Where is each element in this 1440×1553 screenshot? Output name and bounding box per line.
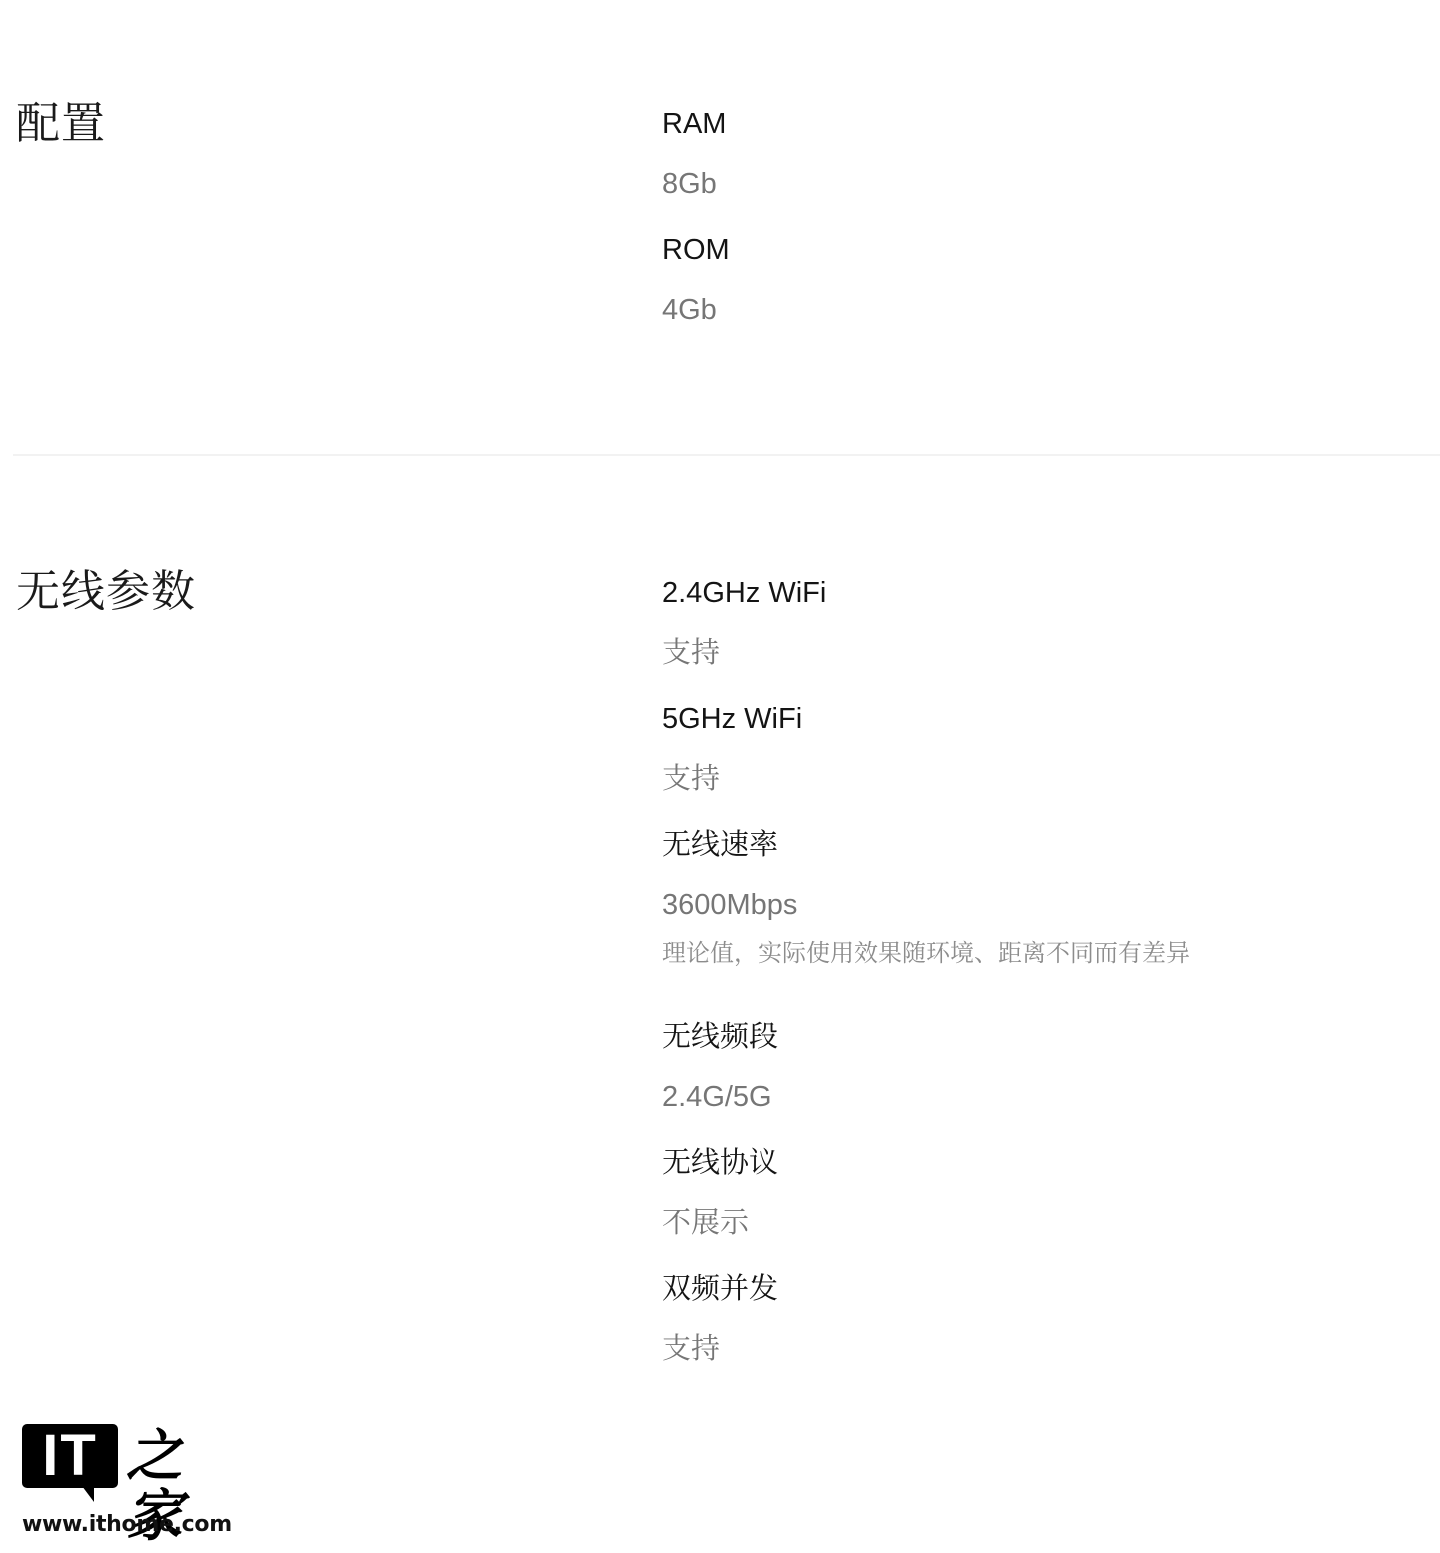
section-title: 配置 <box>16 98 106 150</box>
section-title: 无线参数 <box>16 566 196 618</box>
spec-label: 2.4GHz WiFi <box>662 575 1422 611</box>
spec-label: 无线速率 <box>662 827 1422 863</box>
watermark-url: www.ithome.com <box>22 1512 232 1538</box>
spec-label: 无线频段 <box>662 1019 1422 1055</box>
spec-item-24ghz-wifi: 2.4GHz WiFi 支持 <box>662 575 1422 671</box>
spec-value: 4Gb <box>662 292 1422 328</box>
ithome-logo-icon: IT <box>22 1424 118 1488</box>
spec-label: 双频并发 <box>662 1271 1422 1307</box>
spec-value: 支持 <box>662 635 1422 671</box>
spec-item-5ghz-wifi: 5GHz WiFi 支持 <box>662 701 1422 797</box>
spec-item-ram: RAM 8Gb <box>662 106 1422 202</box>
spec-value: 支持 <box>662 761 1422 797</box>
spec-list: RAM 8Gb ROM 4Gb <box>662 106 1422 328</box>
spec-value: 3600Mbps <box>662 887 1422 923</box>
spec-value: 2.4G/5G <box>662 1079 1422 1115</box>
spec-item-wireless-band: 无线频段 2.4G/5G <box>662 1019 1422 1115</box>
logo-text: IT <box>22 1424 118 1488</box>
spec-item-rom: ROM 4Gb <box>662 232 1422 328</box>
spec-label: ROM <box>662 232 1422 268</box>
section-divider <box>13 454 1440 456</box>
ithome-watermark: IT 之家 www.ithome.com <box>22 1424 222 1544</box>
spec-value: 不展示 <box>662 1205 1422 1241</box>
spec-item-wireless-rate: 无线速率 3600Mbps 理论值，实际使用效果随环境、距离不同而有差异 <box>662 827 1422 969</box>
spec-note: 理论值，实际使用效果随环境、距离不同而有差异 <box>662 939 1422 969</box>
spec-value: 8Gb <box>662 166 1422 202</box>
spec-value: 支持 <box>662 1331 1422 1367</box>
spec-list: 2.4GHz WiFi 支持 5GHz WiFi 支持 无线速率 3600Mbp… <box>662 575 1422 1367</box>
spec-label: RAM <box>662 106 1422 142</box>
spec-label: 5GHz WiFi <box>662 701 1422 737</box>
spec-label: 无线协议 <box>662 1145 1422 1181</box>
speech-bubble-tail-icon <box>82 1486 94 1502</box>
spec-item-wireless-protocol: 无线协议 不展示 <box>662 1145 1422 1241</box>
spec-item-dual-band: 双频并发 支持 <box>662 1271 1422 1367</box>
